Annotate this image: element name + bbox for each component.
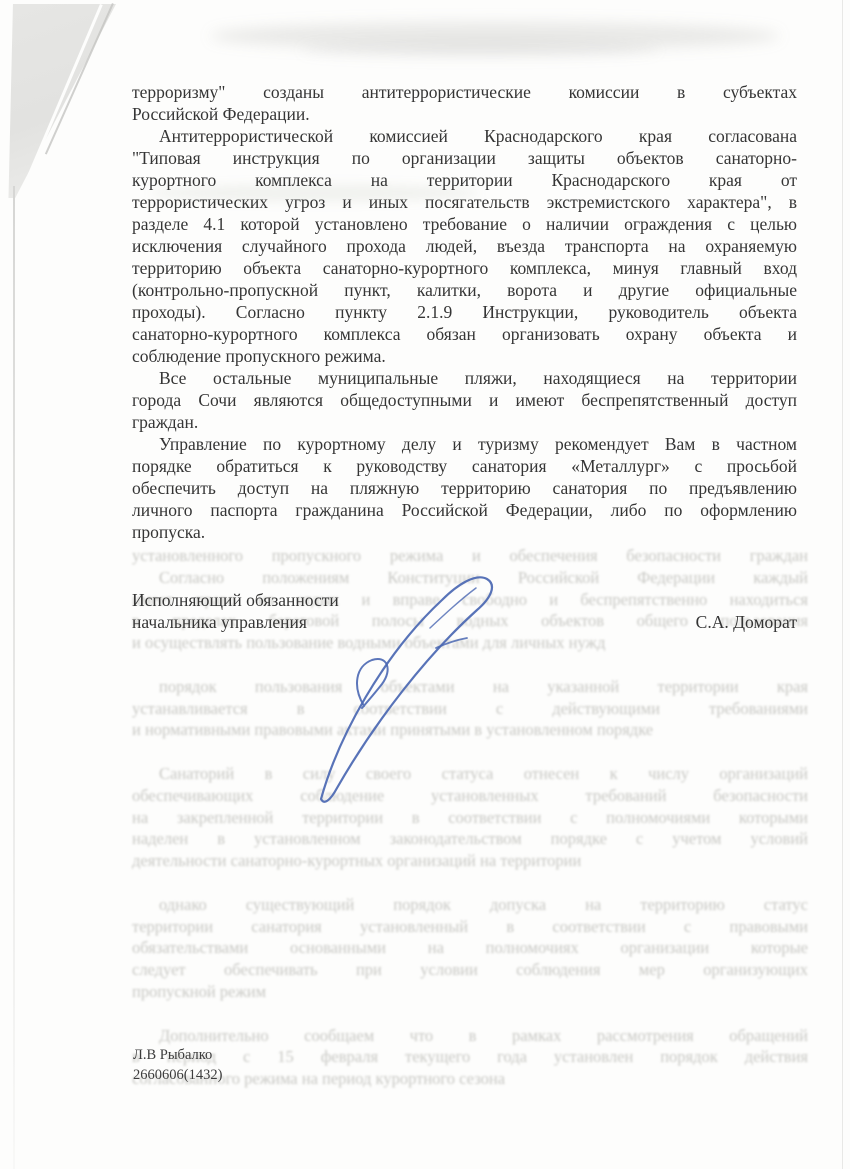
bleed-through-line [132,1003,808,1025]
scan-smudge [210,22,780,50]
executor-name: Л.В Рыбалко [133,1046,222,1066]
scanned-letter-page: установленного пропускного режима и обес… [0,0,850,1169]
body-text-line: (контрольно-пропускной пункт, калитки, в… [132,279,797,301]
body-text-line: Управление по курортному делу и туризму … [132,433,797,455]
signer-name: С.А. Доморат [696,611,797,633]
executor-info: Л.В Рыбалко 2660606(1432) [133,1046,222,1085]
bleed-through-line [132,654,808,676]
body-text-line: "Типовая инструкция по организации защит… [132,147,797,169]
bleed-through-line: обеспечивающих соблюдение установленных … [132,785,808,807]
body-text-line: проходы). Согласно пункту 2.1.9 Инструкц… [132,301,797,323]
scan-left-edge-line [13,186,15,1169]
body-text-line: Антитеррористической комиссией Краснодар… [132,125,797,147]
body-text-line: курортного комплекса на территории Красн… [132,169,797,191]
body-text-line: санаторно-курортного комплекса обязан ор… [132,323,797,345]
body-text-line: террористических угроз и иных посягатель… [132,191,797,213]
body-text-line: территорию объекта санаторно-курортного … [132,257,797,279]
body-text-line: терроризму" созданы антитеррористические… [132,81,797,103]
bleed-through-line: Санаторий в силу своего статуса отнесен … [132,763,808,785]
bleed-through-line: Согласно положениям Конституции Российск… [132,567,808,589]
bleed-through-line: согласованного режима на период курортно… [132,1068,808,1090]
signer-position-line1: Исполняющий обязанности [132,589,339,611]
body-text-line: личного паспорта гражданина Российской Ф… [132,499,797,521]
bleed-through-line: обязательствами основанными на полномочи… [132,937,808,959]
bleed-through-line: порядок пользования объектами на указанн… [132,676,808,698]
bleed-through-line: установленного пропускного режима и обес… [132,545,808,567]
bleed-through-line: деятельности санаторно-курортных организ… [132,850,808,872]
scan-smudge [300,42,660,58]
body-text-line: соблюдение пропускного режима. [132,345,797,367]
bleed-through-line: наделен в установленном законодательство… [132,828,808,850]
bleed-through-line: пропускной режим [132,981,808,1003]
signer-position: Исполняющий обязанности начальника управ… [132,589,339,633]
scan-right-edge-line [842,0,843,1169]
body-text-line: Все остальные муниципальные пляжи, наход… [132,367,797,389]
signature-block: Исполняющий обязанности начальника управ… [132,589,797,633]
body-text-line: разделе 4.1 которой установлено требован… [132,213,797,235]
body-text-line: города Сочи являются общедоступными и им… [132,389,797,411]
bleed-through-line [132,741,808,763]
bleed-through-line: и осуществлять пользование водными объек… [132,632,808,654]
body-text-line: порядке обратиться к руководству санатор… [132,455,797,477]
signer-position-line2: начальника управления [132,611,339,633]
body-text-line: исключения случайного прохода людей, въе… [132,235,797,257]
letter-body: терроризму" созданы антитеррористические… [132,81,797,543]
body-text-line: пропуска. [132,521,797,543]
bleed-through-line: территории санатория установленный в соо… [132,916,808,938]
bleed-through-line: и нормативными правовыми актами принятым… [132,719,808,741]
bleed-through-line: Дополнительно сообщаем что в рамках расс… [132,1025,808,1047]
executor-phone: 2660606(1432) [133,1066,222,1086]
bleed-through-line: на закрепленной территории в соответстви… [132,807,808,829]
bleed-through-line: однако существующий порядок допуска на т… [132,894,808,916]
body-text-line: обеспечить доступ на пляжную территорию … [132,477,797,499]
bleed-through-line: устанавливается в соответствии с действу… [132,698,808,720]
bleed-through-line [132,872,808,894]
body-text-line: граждан. [132,411,797,433]
bleed-through-line: следует обеспечивать при условии соблюде… [132,959,808,981]
body-text-line: Российской Федерации. [132,103,797,125]
bleed-through-line: в период с 15 февраля текущего года уста… [132,1046,808,1068]
